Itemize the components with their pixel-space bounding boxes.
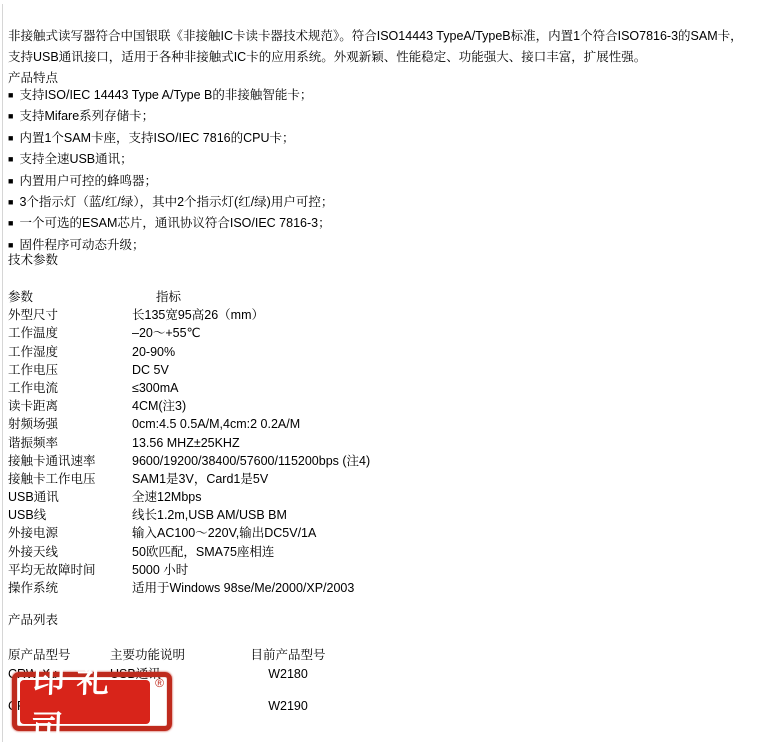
feature-text: 支持ISO/IEC 14443 Type A/Type B的非接触智能卡； (19, 88, 312, 102)
spec-value: 0cm:4.5 0.5A/M,4cm:2 0.2A/M (132, 415, 532, 433)
bullet-icon: ■ (8, 128, 13, 149)
spec-value: 输入AC100～220V,输出DC5V/1A (132, 524, 532, 542)
spec-value: 全速12Mbps (132, 488, 532, 506)
feature-text: 固件程序可动态升级； (19, 238, 144, 252)
spec-row: USB通讯全速12Mbps (8, 488, 532, 506)
spec-row: 工作电压DC 5V (8, 361, 532, 379)
feature-item: ■支持全速USB通讯； (8, 149, 333, 170)
spec-value: 线长1.2m,USB AM/USB BM (132, 506, 532, 524)
bullet-icon: ■ (8, 106, 13, 127)
spec-name: 接触卡通讯速率 (8, 452, 132, 470)
stamp-text: 印礼司 (18, 656, 151, 742)
feature-text: 内置1个SAM卡座，支持ISO/IEC 7816的CPU卡； (19, 131, 294, 145)
spec-name: 外接天线 (8, 543, 132, 561)
spec-row: 接触卡工作电压SAM1是3V，Card1是5V (8, 470, 532, 488)
feature-text: 3个指示灯（蓝/红/绿），其中2个指示灯(红/绿)用户可控； (19, 195, 333, 209)
features-list: ■支持ISO/IEC 14443 Type A/Type B的非接触智能卡； ■… (8, 85, 333, 256)
spec-name: 谐振频率 (8, 434, 132, 452)
product-current-model: W2180 (208, 666, 368, 683)
bullet-icon: ■ (8, 85, 13, 106)
bullet-icon: ■ (8, 171, 13, 192)
spec-row: 射频场强0cm:4.5 0.5A/M,4cm:2 0.2A/M (8, 415, 532, 433)
spec-row: 工作温度–20～+55℃ (8, 324, 532, 342)
feature-text: 支持全速USB通讯； (19, 152, 132, 166)
specs-col-indicator: 指标 (132, 288, 532, 306)
feature-item: ■支持Mifare系列存储卡； (8, 106, 333, 127)
registered-trademark-icon: ® (155, 677, 164, 689)
stamp-background: 印礼司 (20, 680, 150, 724)
page-left-border (2, 4, 3, 742)
spec-row: 谐振频率13.56 MHZ±25KHZ (8, 434, 532, 452)
spec-name: 工作温度 (8, 324, 132, 342)
spec-value: SAM1是3V，Card1是5V (132, 470, 532, 488)
spec-name: USB通讯 (8, 488, 132, 506)
features-heading: 产品特点 (8, 70, 58, 86)
spec-row: 操作系统适用于Windows 98se/Me/2000/XP/2003 (8, 579, 532, 597)
spec-name: 操作系统 (8, 579, 132, 597)
bullet-icon: ■ (8, 213, 13, 234)
spec-row: USB线线长1.2m,USB AM/USB BM (8, 506, 532, 524)
spec-value: DC 5V (132, 361, 532, 379)
feature-item: ■内置1个SAM卡座，支持ISO/IEC 7816的CPU卡； (8, 128, 333, 149)
bullet-icon: ■ (8, 192, 13, 213)
feature-item: ■一个可选的ESAM芯片，通讯协议符合ISO/IEC 7816-3； (8, 213, 333, 234)
spec-row: 读卡距离4CM(注3) (8, 397, 532, 415)
spec-value: 13.56 MHZ±25KHZ (132, 434, 532, 452)
spec-value: 长135宽95高26（mm） (132, 306, 532, 324)
spec-name: 平均无故障时间 (8, 561, 132, 579)
spec-value: 9600/19200/38400/57600/115200bps (注4) (132, 452, 532, 470)
spec-row: 外型尺寸长135宽95高26（mm） (8, 306, 532, 324)
spec-value: 5000 小时 (132, 561, 532, 579)
specs-table: 参数 指标 外型尺寸长135宽95高26（mm） 工作温度–20～+55℃ 工作… (8, 288, 532, 597)
spec-name: 外接电源 (8, 524, 132, 542)
specs-heading: 技术参数 (8, 252, 58, 268)
spec-value: 适用于Windows 98se/Me/2000/XP/2003 (132, 579, 532, 597)
feature-text: 支持Mifare系列存储卡； (19, 109, 154, 123)
product-current-model: W2190 (208, 698, 368, 715)
spec-name: 工作湿度 (8, 343, 132, 361)
spec-row: 工作电流≤300mA (8, 379, 532, 397)
specs-col-name: 参数 (8, 288, 132, 306)
spec-row: 接触卡通讯速率9600/19200/38400/57600/115200bps … (8, 452, 532, 470)
feature-text: 内置用户可控的蜂鸣器； (19, 174, 157, 188)
feature-item: ■内置用户可控的蜂鸣器； (8, 171, 333, 192)
intro-paragraph: 非接触式读写器符合中国银联《非接触IC卡读卡器技术规范》。符合ISO14443 … (8, 26, 754, 69)
spec-value: –20～+55℃ (132, 324, 532, 342)
spec-row: 平均无故障时间5000 小时 (8, 561, 532, 579)
spec-name: 射频场强 (8, 415, 132, 433)
spec-name: 外型尺寸 (8, 306, 132, 324)
bullet-icon: ■ (8, 149, 13, 170)
company-stamp: 印礼司 ® (12, 672, 172, 731)
spec-value: 50欧匹配，SMA75座相连 (132, 543, 532, 561)
feature-item: ■支持ISO/IEC 14443 Type A/Type B的非接触智能卡； (8, 85, 333, 106)
specs-header-row: 参数 指标 (8, 288, 532, 306)
products-heading: 产品列表 (8, 612, 58, 628)
spec-row: 工作湿度20-90% (8, 343, 532, 361)
spec-row: 外接电源输入AC100～220V,输出DC5V/1A (8, 524, 532, 542)
products-col-current-model: 目前产品型号 (208, 647, 368, 664)
spec-name: 读卡距离 (8, 397, 132, 415)
spec-value: ≤300mA (132, 379, 532, 397)
spec-name: 工作电流 (8, 379, 132, 397)
spec-value: 4CM(注3) (132, 397, 532, 415)
spec-name: 工作电压 (8, 361, 132, 379)
spec-row: 外接天线50欧匹配，SMA75座相连 (8, 543, 532, 561)
spec-value: 20-90% (132, 343, 532, 361)
feature-item: ■3个指示灯（蓝/红/绿），其中2个指示灯(红/绿)用户可控； (8, 192, 333, 213)
feature-text: 一个可选的ESAM芯片，通讯协议符合ISO/IEC 7816-3； (19, 216, 330, 230)
spec-name: 接触卡工作电压 (8, 470, 132, 488)
spec-name: USB线 (8, 506, 132, 524)
